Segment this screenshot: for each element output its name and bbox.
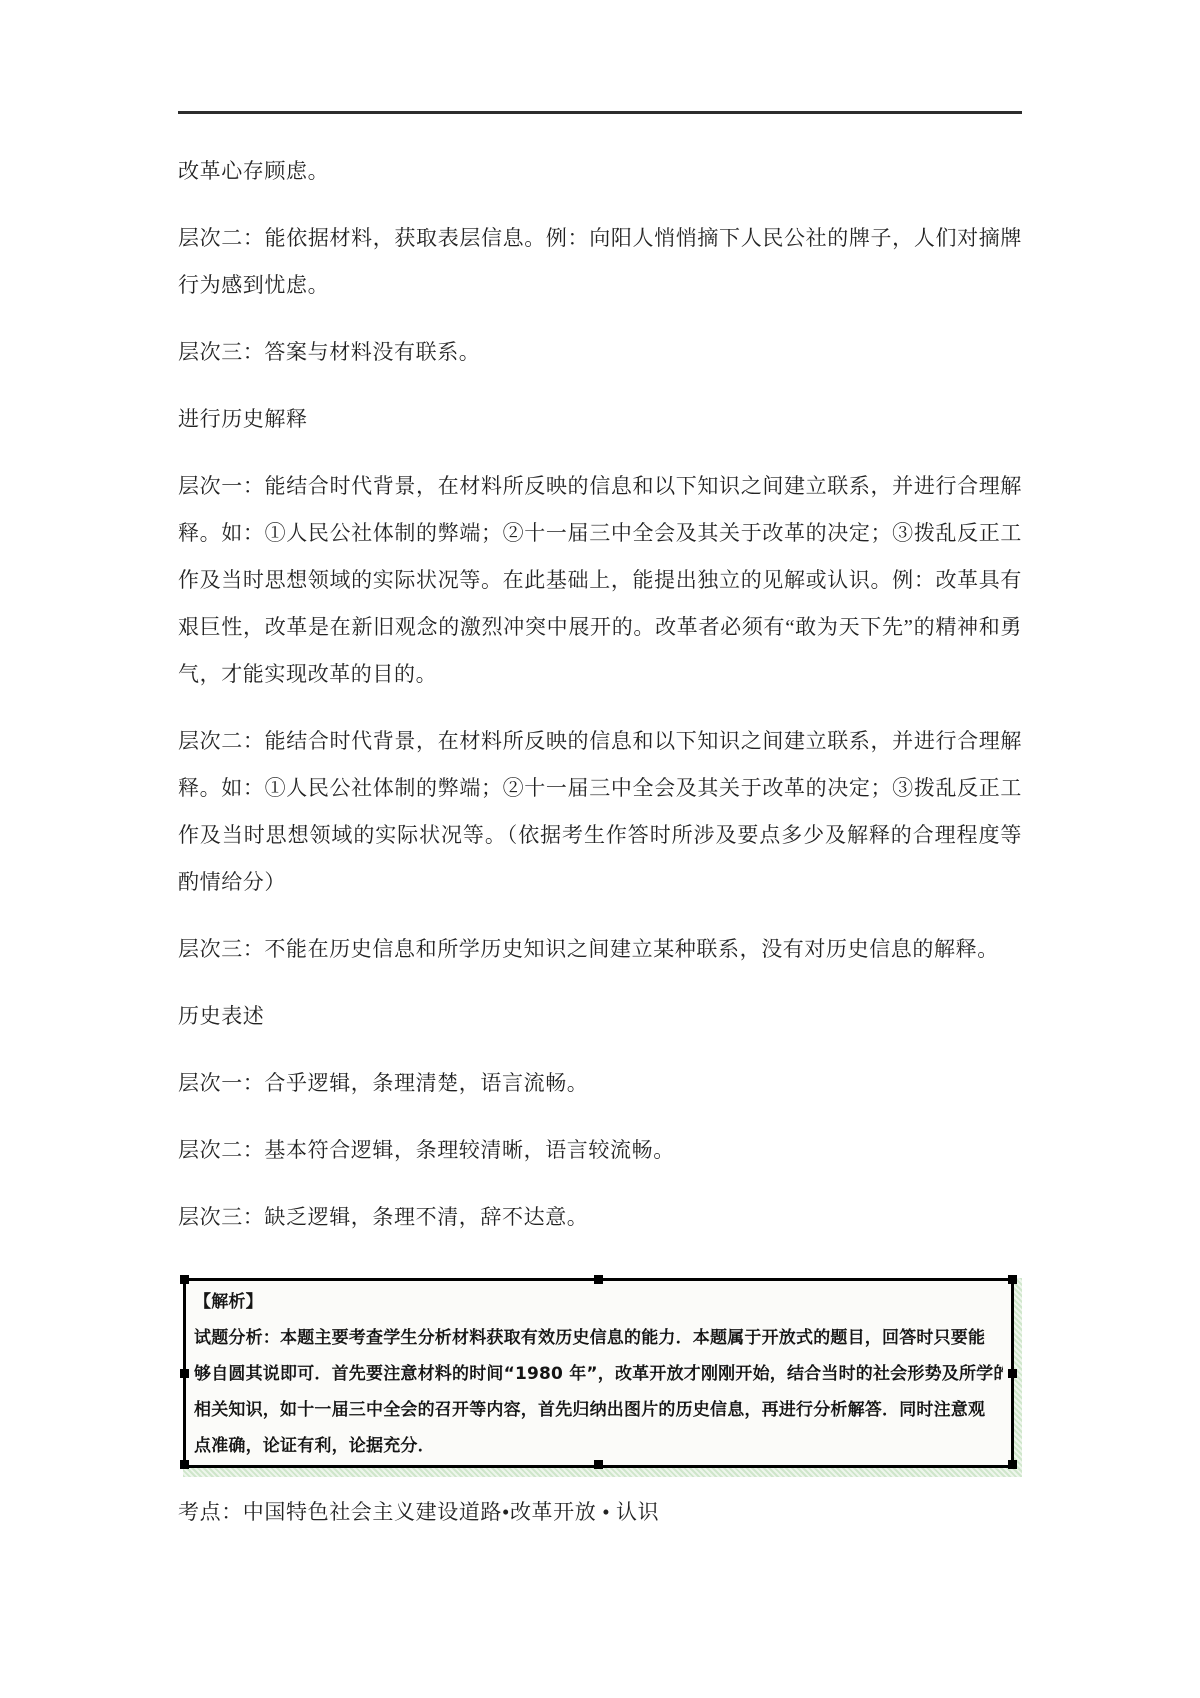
heading-historical-expression: 历史表述 — [178, 993, 1022, 1040]
analysis-text-line-1: 试题分析：本题主要考查学生分析材料获取有效历史信息的能力．本题属于开放式的题目，… — [194, 1320, 1003, 1356]
selection-handle-middle-left[interactable] — [180, 1369, 189, 1378]
exam-point-line: 考点：中国特色社会主义建设道路•改革开放 • 认识 — [178, 1489, 1022, 1536]
paragraph-level2-expression: 层次二：基本符合逻辑，条理较清晰，语言较流畅。 — [178, 1127, 1022, 1174]
paragraph-level2-info: 层次二：能依据材料，获取表层信息。例：向阳人悄悄摘下人民公社的牌子，人们对摘牌行… — [178, 215, 1022, 309]
top-rule — [178, 111, 1022, 114]
document-body: 改革心存顾虑。 层次二：能依据材料，获取表层信息。例：向阳人悄悄摘下人民公社的牌… — [178, 148, 1022, 1261]
heading-historical-interpretation: 进行历史解释 — [178, 396, 1022, 443]
analysis-text-line-2: 够自圆其说即可．首先要注意材料的时间“1980 年”，改革开放才刚刚开始，结合当… — [194, 1356, 1003, 1392]
analysis-text-line-4: 点准确，论证有利，论据充分． — [194, 1428, 1003, 1464]
selection-handle-bottom-right[interactable] — [1008, 1460, 1017, 1469]
selection-handle-top-right[interactable] — [1008, 1275, 1017, 1284]
paragraph-level3-expression: 层次三：缺乏逻辑，条理不清，辞不达意。 — [178, 1194, 1022, 1241]
analysis-box: 【解析】 试题分析：本题主要考查学生分析材料获取有效历史信息的能力．本题属于开放… — [183, 1278, 1014, 1468]
selection-handle-top-left[interactable] — [180, 1275, 189, 1284]
analysis-image-selected[interactable]: 【解析】 试题分析：本题主要考查学生分析材料获取有效历史信息的能力．本题属于开放… — [183, 1278, 1022, 1477]
paragraph-level1-interpretation: 层次一：能结合时代背景，在材料所反映的信息和以下知识之间建立联系，并进行合理解释… — [178, 463, 1022, 698]
selection-handle-top-middle[interactable] — [594, 1275, 603, 1284]
selection-handle-bottom-left[interactable] — [180, 1460, 189, 1469]
analysis-text-line-3: 相关知识，如十一届三中全会的召开等内容，首先归纳出图片的历史信息，再进行分析解答… — [194, 1392, 1003, 1428]
paragraph-level1-expression: 层次一：合乎逻辑，条理清楚，语言流畅。 — [178, 1060, 1022, 1107]
analysis-title: 【解析】 — [194, 1284, 1003, 1320]
paragraph-level2-interpretation: 层次二：能结合时代背景，在材料所反映的信息和以下知识之间建立联系，并进行合理解释… — [178, 718, 1022, 906]
selection-handle-middle-right[interactable] — [1008, 1369, 1017, 1378]
paragraph-level3-interpretation: 层次三：不能在历史信息和所学历史知识之间建立某种联系，没有对历史信息的解释。 — [178, 926, 1022, 973]
paragraph-level3-info: 层次三：答案与材料没有联系。 — [178, 329, 1022, 376]
selection-handle-bottom-middle[interactable] — [594, 1460, 603, 1469]
paragraph-reform-concern: 改革心存顾虑。 — [178, 148, 1022, 195]
document-page: 改革心存顾虑。 层次二：能依据材料，获取表层信息。例：向阳人悄悄摘下人民公社的牌… — [0, 0, 1200, 1698]
